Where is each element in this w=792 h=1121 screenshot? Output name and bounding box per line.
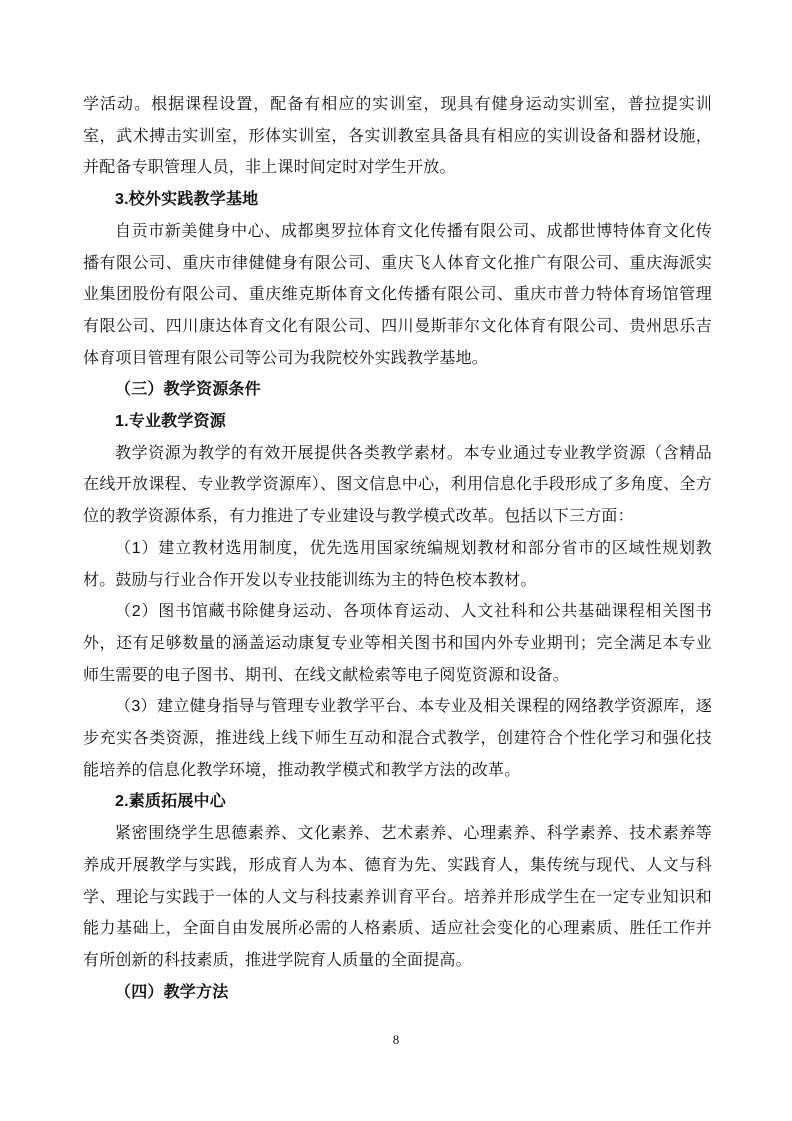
paragraph-continued: 学活动。根据课程设置，配备有相应的实训室，现具有健身运动实训室，普拉提实训室，武… (83, 89, 712, 184)
paragraph-partner-companies: 自贡市新美健身中心、成都奥罗拉体育文化传播有限公司、成都世博特体育文化传播有限公… (83, 216, 712, 375)
heading-quality-development-center: 2.素质拓展中心 (83, 786, 712, 818)
document-content: 学活动。根据课程设置，配备有相应的实训室，现具有健身运动实训室，普拉提实训室，武… (83, 89, 712, 1008)
heading-professional-teaching-resources: 1.专业教学资源 (83, 406, 712, 438)
paragraph-item-2-library: （2）图书馆藏书除健身运动、各项体育运动、人文社科和公共基础课程相关图书外，还有… (83, 596, 712, 691)
heading-teaching-resource-conditions: （三）教学资源条件 (83, 374, 712, 406)
page-number: 8 (0, 1032, 792, 1048)
heading-teaching-methods: （四）教学方法 (83, 977, 712, 1009)
paragraph-item-1-textbooks: （1）建立教材选用制度，优先选用国家统编规划教材和部分省市的区域性规划教材。鼓励… (83, 533, 712, 596)
heading-off-campus-practice-bases: 3.校外实践教学基地 (83, 184, 712, 216)
paragraph-quality-development: 紧密围绕学生思德素养、文化素养、艺术素养、心理素养、科学素养、技术素养等养成开展… (83, 818, 712, 977)
paragraph-teaching-resources-overview: 教学资源为教学的有效开展提供各类教学素材。本专业通过专业教学资源（含精品在线开放… (83, 438, 712, 533)
paragraph-item-3-online-platform: （3）建立健身指导与管理专业教学平台、本专业及相关课程的网络教学资源库，逐步充实… (83, 691, 712, 786)
document-page: 学活动。根据课程设置，配备有相应的实训室，现具有健身运动实训室，普拉提实训室，武… (0, 0, 792, 1121)
